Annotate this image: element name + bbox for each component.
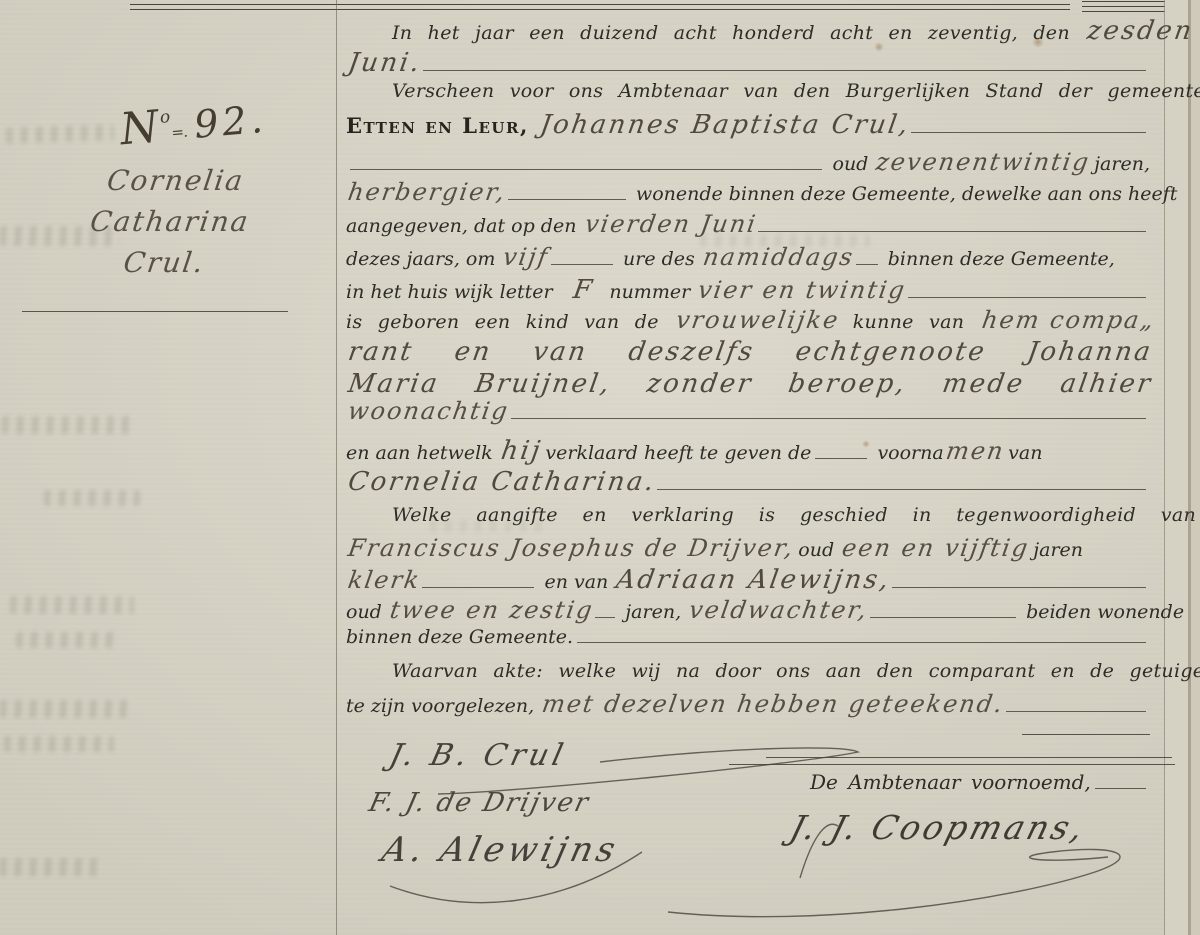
printed-text: kunne van [837, 311, 979, 333]
fill-rule [422, 585, 534, 588]
body-line: Juni. [346, 48, 1150, 82]
ink-bleedthrough [2, 416, 132, 434]
body-line: klerk en van Adriaan Alewijns, [346, 565, 1150, 599]
handwritten-text: herbergier, [346, 178, 508, 206]
printed-text: oud [792, 539, 840, 561]
ink-bleedthrough [0, 700, 134, 718]
act-number-eq: =. [171, 123, 188, 142]
printed-text: te zijn voorgelezen, [346, 695, 540, 717]
handwritten-text: vrouwelijke [674, 306, 842, 334]
printed-text: jaren, [619, 601, 687, 623]
printed-text: voorna [871, 442, 943, 464]
body-line: aangegeven, dat op den vierden Juni [346, 210, 1150, 244]
fill-rule [657, 487, 1146, 490]
handwritten-text: woonachtig [346, 397, 511, 425]
printed-text: oud [826, 153, 874, 175]
printed-text: ure des [617, 248, 701, 270]
body-line: te zijn voorgelezen, met dezelven hebben… [346, 690, 1150, 724]
printed-text: en van [538, 571, 614, 593]
body-line: In het jaar een duizend acht honderd ach… [346, 16, 1196, 50]
handwritten-text: men [944, 437, 1007, 465]
handwritten-text: Cornelia Catharina. [346, 467, 658, 497]
printed-text: Welke aangifte en verklaring is geschied… [392, 504, 1196, 526]
body-line: herbergier, wonende binnen deze Gemeente… [346, 178, 1150, 212]
body-line: woonachtig [346, 397, 1150, 431]
gemeente-name: Etten en Leur, [346, 113, 538, 138]
body-line: Verscheen voor ons Ambtenaar van den Bur… [346, 80, 1196, 114]
top-rule [1082, 11, 1168, 12]
officiant-title: De Ambtenaar voornoemd, [810, 770, 1091, 794]
margin-rule [22, 311, 288, 312]
act-number-n: N [118, 101, 163, 155]
act-number-sup: o [159, 107, 171, 128]
printed-text: aangegeven, dat op den [346, 215, 583, 237]
fill-rule [577, 640, 1146, 643]
officiant-line: De Ambtenaar voornoemd, [810, 770, 1150, 794]
printed-text: dezes jaars, om [346, 248, 501, 270]
handwritten-text: hij [499, 436, 544, 466]
printed-text: jaren [1027, 539, 1083, 561]
fill-rule [856, 262, 878, 265]
body-line: in het huis wijk letter F nummer vier en… [346, 275, 1150, 309]
witness-signature-2: A. Alewijns [378, 830, 623, 870]
fill-rule [423, 68, 1146, 71]
printed-text: in het huis wijk letter [346, 281, 571, 303]
top-rule [130, 4, 1070, 5]
handwritten-text: vierden Juni [583, 210, 759, 238]
adjacent-page-edge [1191, 0, 1200, 935]
printed-text: jaren, [1088, 153, 1150, 175]
page-edge-line [1164, 0, 1165, 935]
body-line: Welke aangifte en verklaring is geschied… [346, 504, 1196, 538]
act-number: No=.92. [118, 92, 268, 156]
body-line: oud twee en zestig jaren, veldwachter, b… [346, 596, 1150, 630]
body-line: binnen deze Gemeente. [346, 626, 1150, 660]
handwritten-text: twee en zestig [388, 596, 596, 624]
printed-text: wonende binnen deze Gemeente, dewelke aa… [630, 183, 1178, 205]
witness-signature-declarant: J. B. Crul [386, 738, 570, 773]
handwritten-text: zevenentwintig [874, 148, 1092, 176]
fill-rule [595, 615, 615, 618]
printed-text: Waarvan akte: welke wij na door ons aan … [392, 660, 1200, 682]
fill-rule [815, 456, 867, 459]
fill-rule [1006, 709, 1146, 712]
handwritten-text: namiddags [701, 243, 856, 271]
officiant-signature: J. J. Coopmans, [786, 808, 1090, 847]
handwritten-text: Adriaan Alewijns, [614, 565, 893, 595]
printed-text: oud [346, 601, 388, 623]
handwritten-text: rant en van deszelfs echtgenoote Johanna [346, 337, 1155, 367]
ink-bleedthrough [10, 596, 134, 614]
printed-text: is geboren een kind van de [346, 311, 674, 333]
ink-bleedthrough [4, 736, 114, 752]
handwritten-text: klerk [346, 566, 423, 594]
printed-text: beiden wonende [1020, 601, 1184, 623]
printed-text: In het jaar een duizend acht honderd ach… [392, 22, 1085, 44]
handwritten-text: veldwachter, [687, 596, 870, 624]
top-rule [130, 9, 1070, 10]
ink-bleedthrough [6, 124, 114, 144]
body-line: Franciscus Josephus de Drijver, oud een … [346, 534, 1150, 568]
body-line: oud zevenentwintig jaren, [346, 148, 1150, 182]
fill-rule [870, 615, 1016, 618]
handwritten-text: F [571, 275, 596, 305]
continuation-rule [729, 764, 1175, 765]
ink-bleedthrough [16, 632, 116, 648]
handwritten-text: hem compa„ [980, 306, 1157, 334]
body-line: dezes jaars, om vijf ure des namiddags b… [346, 243, 1150, 277]
fill-rule [911, 130, 1146, 133]
printed-text: binnen deze Gemeente. [346, 626, 573, 648]
body-line: Waarvan akte: welke wij na door ons aan … [346, 660, 1196, 694]
child-first-name: Cornelia [51, 160, 301, 201]
ink-bleedthrough [44, 490, 140, 506]
handwritten-text: Franciscus Josephus de Drijver, [346, 534, 797, 562]
body-line: en aan hetwelk hij verklaard heeft te ge… [346, 436, 1150, 470]
margin-column-divider [336, 0, 337, 935]
fill-rule [551, 262, 613, 265]
printed-text: verklaard heeft te geven de [539, 442, 811, 464]
body-line: Cornelia Catharina. [346, 467, 1150, 501]
handwritten-text: met dezelven hebben geteekend. [540, 690, 1006, 718]
fill-rule [1095, 786, 1146, 789]
fill-rule [508, 197, 626, 200]
handwritten-text: zesden [1085, 16, 1196, 46]
handwritten-text: een en vijftig [840, 534, 1031, 562]
act-number-value: 92. [192, 97, 268, 147]
body-line: rant en van deszelfs echtgenoote Johanna [346, 337, 1150, 371]
page-edge [1165, 0, 1188, 935]
handwritten-text: Johannes Baptista Crul, [538, 110, 912, 140]
continuation-rule [766, 757, 1172, 758]
fill-rule [758, 229, 1146, 232]
printed-text: van [1002, 442, 1042, 464]
handwritten-text: vier en twintig [696, 276, 908, 304]
top-rule [1082, 6, 1168, 7]
handwritten-text: Juni. [346, 48, 424, 78]
fill-rule [511, 416, 1146, 419]
fill-rule [892, 585, 1146, 588]
child-middle-name: Catharina [45, 201, 295, 242]
body-line: is geboren een kind van de vrouwelijke k… [346, 306, 1150, 340]
fill-rule [350, 167, 822, 170]
witness-signature-1: F. J. de Drijver [366, 788, 593, 818]
ink-bleedthrough [0, 858, 100, 876]
body-line: Etten en Leur, Johannes Baptista Crul, [346, 110, 1150, 144]
child-name-margin: Cornelia Catharina Crul. [39, 160, 300, 283]
printed-text: en aan hetwelk [346, 442, 499, 464]
printed-text: nummer [591, 281, 696, 303]
handwritten-text: Maria Bruijnel, zonder beroep, mede alhi… [346, 369, 1155, 399]
child-surname: Crul. [39, 242, 289, 283]
scanned-birth-record-page: No=.92. Cornelia Catharina Crul. In het … [0, 0, 1200, 935]
fill-rule [908, 295, 1146, 298]
top-rule [1082, 1, 1168, 2]
printed-text: binnen deze Gemeente, [882, 248, 1115, 270]
printed-text: Verscheen voor ons Ambtenaar van den Bur… [392, 80, 1200, 102]
handwritten-text: vijf [501, 243, 551, 271]
continuation-rule [1022, 734, 1150, 735]
